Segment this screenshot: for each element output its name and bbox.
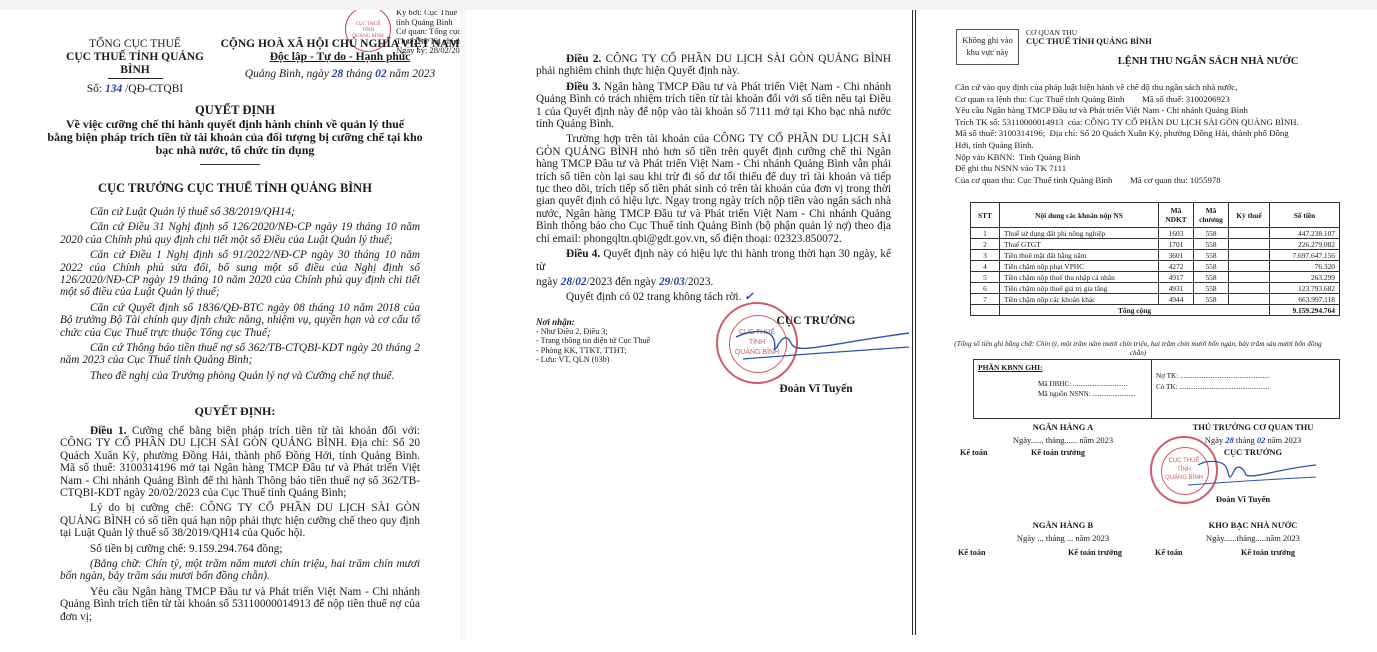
cell-amount: 663.997.118 xyxy=(1270,294,1340,305)
cell-period xyxy=(1229,272,1270,283)
article-2: Điều 2. CÔNG TY CỔ PHẦN DU LỊCH SÀI GÒN … xyxy=(536,53,891,78)
article-label: Điều 3. xyxy=(566,81,601,93)
stamp-text-line: TỈNH xyxy=(718,338,796,348)
cell-stt: 1 xyxy=(971,228,1000,239)
table-header-row: STT Nội dung các khoản nộp NS Mã NDKT Mã… xyxy=(971,203,1340,228)
stamp-text-line: QUẢNG BÌNH xyxy=(718,348,796,358)
divider xyxy=(108,78,163,79)
legal-basis: Căn cứ Thông báo tiền thuế nợ số 362/TB-… xyxy=(60,342,420,367)
table-total-row: Tổng cộng 9.159.294.764 xyxy=(971,305,1340,316)
country-name: CỘNG HOÀ XÃ HỘI CHỦ NGHĨA VIỆT NAM xyxy=(215,38,460,51)
document-page-3: Không ghi vào khu vực này CƠ QUAN THU CỤ… xyxy=(918,10,1377,640)
detail-line: Để ghi thu NSNN vào TK 7111 xyxy=(955,163,1355,175)
recipient: - Phòng KK, TTKT, TTHT; xyxy=(536,346,696,355)
treasury-heading: PHẦN KBNN GHI: xyxy=(978,363,1147,372)
enforcement-reason: Lý do bị cưỡng chế: CÔNG TY CỔ PHẦN DU L… xyxy=(60,502,420,539)
to-day-handwritten: 29 xyxy=(659,276,670,288)
cell-stt: 7 xyxy=(971,294,1000,305)
date-prefix: ngày xyxy=(536,276,558,288)
table-row: 1Thuế sử dụng đất phi nông nghiệp1603558… xyxy=(971,228,1340,239)
no-write-line: khu vực này xyxy=(957,46,1018,58)
cell-chapter: 558 xyxy=(1194,261,1229,272)
cell-amount: 7.697.647.156 xyxy=(1270,250,1340,261)
cell-period xyxy=(1229,283,1270,294)
decision-title: QUYẾT ĐỊNH xyxy=(40,104,430,117)
recipients-block: Nơi nhận: - Như Điều 2, Điều 3; - Trang … xyxy=(536,318,696,364)
legal-basis: Căn cứ Quyết định số 1836/QĐ-BTC ngày 08… xyxy=(60,302,420,339)
col-period: Kỳ thuế xyxy=(1229,203,1270,228)
signer-name: Đoàn Vĩ Tuyến xyxy=(756,383,876,395)
col-chapter: Mã chương xyxy=(1194,203,1229,228)
col-ndkt: Mã NDKT xyxy=(1159,203,1194,228)
document-page-1: CỤC THUẾ TỈNH QUẢNG BÌNH Ký bởi: Cục Thu… xyxy=(0,10,460,640)
table-row: 6Tiền chậm nộp thuế giá trị gia tăng4931… xyxy=(971,283,1340,294)
stamp-text-line: CỤC THUẾ xyxy=(718,328,796,338)
detail-line: Của cơ quan thu: Cục Thuế tỉnh Quảng Bìn… xyxy=(955,175,1355,187)
bank-b-block: NGÂN HÀNG B Ngày ... tháng ... năm 2023 xyxy=(978,520,1148,543)
recipient: - Trang thông tin điện tử Cục Thuế xyxy=(536,336,696,345)
detail-line: Mã số thuế: 3100314196; Địa chỉ: Số 20 Q… xyxy=(955,128,1355,140)
bank-request: Yêu cầu Ngân hàng TMCP Đầu tư và Phát tr… xyxy=(60,586,420,623)
agency-name: CỤC THUẾ TỈNH QUẢNG BÌNH xyxy=(1026,36,1152,46)
cell-period xyxy=(1229,261,1270,272)
total-in-words: (Tổng số tiền ghi bằng chữ: Chín tỷ, một… xyxy=(948,340,1328,358)
stamp-text-line: TỈNH xyxy=(1152,466,1216,475)
cell-chapter: 558 xyxy=(1194,250,1229,261)
national-motto: Độc lập - Tự do - Hạnh phúc xyxy=(215,51,460,64)
article-1: Điều 1. Cưỡng chế bằng biện pháp trích t… xyxy=(60,425,420,626)
cell-period xyxy=(1229,294,1270,305)
col-amount: Số tiền xyxy=(1270,203,1340,228)
article-4-dates: ngày 28/02/2023 đến ngày 29/03/2023. xyxy=(536,276,891,288)
head-agency-title: THỦ TRƯỞNG CƠ QUAN THU xyxy=(1158,422,1348,432)
issuing-agency-header: TỔNG CỤC THUẾ CỤC THUẾ TỈNH QUẢNG BÌNH S… xyxy=(50,38,220,96)
treasury-accounts: Nợ TK: .................................… xyxy=(1152,360,1339,418)
article-1-text: Điều 1. Cưỡng chế bằng biện pháp trích t… xyxy=(60,425,420,499)
doc-number-label: Số: xyxy=(87,83,102,95)
treasury-account: Nợ TK: .................................… xyxy=(1156,372,1335,380)
table-row: 7Tiền chậm nộp các khoản khác4944558663.… xyxy=(971,294,1340,305)
cell-content: Tiền chậm nộp các khoản khác xyxy=(1000,294,1159,305)
table-row: 3Tiền thuê mặt đất hằng năm36015587.697.… xyxy=(971,250,1340,261)
cell-chapter: 558 xyxy=(1194,283,1229,294)
signer-name: Đoàn Vĩ Tuyến xyxy=(1188,494,1298,504)
cell-amount: 447.238.107 xyxy=(1270,228,1340,239)
date-suffix: năm 2023 xyxy=(1268,435,1302,445)
cell-ndkt: 4272 xyxy=(1159,261,1194,272)
enforcement-amount: Số tiền bị cưỡng chế: 9.159.294.764 đồng… xyxy=(60,543,420,555)
legal-basis: Căn cứ Điều 31 Nghị định số 126/2020/NĐ-… xyxy=(60,221,420,246)
cell-stt: 5 xyxy=(971,272,1000,283)
bank-b-accountant: Kế toán xyxy=(958,548,986,557)
date-mid: tháng xyxy=(1236,435,1255,445)
cell-period xyxy=(1229,250,1270,261)
treasury-title: KHO BẠC NHÀ NƯỚC xyxy=(1158,520,1348,530)
decision-subtitle: Về việc cưỡng chế thi hành quyết định hà… xyxy=(40,118,430,157)
cell-ndkt: 3601 xyxy=(1159,250,1194,261)
detail-line: Cơ quan ra lệnh thu: Cục Thuế tỉnh Quảng… xyxy=(955,94,1355,106)
cell-content: Thuế GTGT xyxy=(1000,239,1159,250)
from-day-handwritten: 28 xyxy=(561,276,572,288)
legal-bases: Căn cứ Luật Quản lý thuế số 38/2019/QH14… xyxy=(60,206,420,385)
col-content: Nội dung các khoản nộp NS xyxy=(1000,203,1159,228)
page-separator xyxy=(912,10,913,635)
cell-chapter: 558 xyxy=(1194,228,1229,239)
cell-amount: 263.299 xyxy=(1270,272,1340,283)
no-write-line: Không ghi vào xyxy=(957,34,1018,46)
to-year: /2023. xyxy=(685,276,714,288)
cell-stt: 4 xyxy=(971,261,1000,272)
cell-amount: 76.320 xyxy=(1270,261,1340,272)
collection-order-title: LỆNH THU NGÂN SÁCH NHÀ NƯỚC xyxy=(1068,56,1348,67)
from-year: /2023 đến ngày xyxy=(587,276,657,288)
article-label: Điều 1. xyxy=(90,425,127,437)
bank-b-chief-accountant: Kế toán trưởng xyxy=(1068,548,1122,557)
amount-in-words: (Bằng chữ: Chín tỷ, một trăm năm mươi ch… xyxy=(60,558,420,583)
collection-order-details: Căn cứ vào quy định của pháp luật hiện h… xyxy=(955,82,1355,186)
cell-content: Thuế sử dụng đất phi nông nghiệp xyxy=(1000,228,1159,239)
bank-a-accountant: Kế toán xyxy=(960,448,988,457)
cell-content: Tiền chậm nộp phạt VPHC xyxy=(1000,261,1159,272)
subtitle-line: bạc nhà nước, tổ chức tín dụng xyxy=(40,144,430,157)
treasury-block: KHO BẠC NHÀ NƯỚC Ngày......tháng.....năm… xyxy=(1158,520,1348,543)
pages-note: Quyết định có 02 trang không tách rời. ✓ xyxy=(536,291,891,303)
total-label: Tổng cộng xyxy=(1000,305,1270,316)
recipient: - Lưu: VT, QLN (03b) xyxy=(536,355,696,364)
cell-period xyxy=(1229,228,1270,239)
treasury-account: Có TK: .................................… xyxy=(1156,383,1335,391)
doc-number: Số: 134 /QĐ-CTQBI xyxy=(50,83,220,96)
stamp-text: CỤC THUẾ TỈNH QUẢNG BÌNH xyxy=(1152,457,1216,483)
cell-stt: 2 xyxy=(971,239,1000,250)
bank-a-chief-accountant: Kế toán trưởng xyxy=(1031,448,1085,457)
date-day-handwritten: 28 xyxy=(1225,435,1234,445)
cell-content: Tiền chậm nộp thuế giá trị gia tăng xyxy=(1000,283,1159,294)
budget-items-table: STT Nội dung các khoản nộp NS Mã NDKT Mã… xyxy=(970,202,1340,316)
recipients-label: Nơi nhận: xyxy=(536,318,696,327)
authority-heading: CỤC TRƯỞNG CỤC THUẾ TỈNH QUẢNG BÌNH xyxy=(40,182,430,195)
national-header: CỘNG HOÀ XÃ HỘI CHỦ NGHĨA VIỆT NAM Độc l… xyxy=(215,38,460,81)
treasury-date: Ngày......tháng.....năm 2023 xyxy=(1158,533,1348,543)
cell-ndkt: 1701 xyxy=(1159,239,1194,250)
date-prefix: Quảng Bình, ngày xyxy=(245,68,329,80)
to-month-handwritten: 03 xyxy=(673,276,684,288)
cell-ndkt: 1603 xyxy=(1159,228,1194,239)
date-day-handwritten: 28 xyxy=(332,68,344,80)
divider xyxy=(200,164,260,165)
treasury-field: Mã nguồn NSNN: ........................ xyxy=(1038,390,1147,398)
cell-amount: 226.279.082 xyxy=(1270,239,1340,250)
date-mid: tháng xyxy=(346,68,372,80)
stamp-text-line: QUẢNG BÌNH xyxy=(1152,474,1216,483)
col-stt: STT xyxy=(971,203,1000,228)
article-label: Điều 2. xyxy=(566,53,601,65)
treasury-section: PHẦN KBNN GHI: Mã ĐBHC: ................… xyxy=(973,359,1340,419)
date-prefix: Ngày xyxy=(1205,435,1223,445)
cell-content: Tiền chậm nộp thuế thu nhập cá nhân xyxy=(1000,272,1159,283)
pages-note-text: Quyết định có 02 trang không tách rời. xyxy=(566,291,741,303)
cell-stt: 6 xyxy=(971,283,1000,294)
bank-a-block: NGÂN HÀNG A Ngày...... tháng...... năm 2… xyxy=(978,422,1148,445)
stamp-text: CỤC THUẾ TỈNH QUẢNG BÌNH xyxy=(718,328,796,358)
treasury-field: Mã ĐBHC: .............................. xyxy=(1038,380,1147,388)
cell-amount: 123.793.682 xyxy=(1270,283,1340,294)
cell-period xyxy=(1229,239,1270,250)
doc-number-suffix: /QĐ-CTQBI xyxy=(125,83,183,95)
articles-2-4: Điều 2. CÔNG TY CỔ PHẦN DU LỊCH SÀI GÒN … xyxy=(536,53,891,307)
parent-org: TỔNG CỤC THUẾ xyxy=(50,38,220,51)
decision-heading: QUYẾT ĐỊNH: xyxy=(40,405,430,418)
recipient: - Như Điều 2, Điều 3; xyxy=(536,327,696,336)
cell-chapter: 558 xyxy=(1194,239,1229,250)
cell-stt: 3 xyxy=(971,250,1000,261)
table-row: 2Thuế GTGT1701558226.279.082 xyxy=(971,239,1340,250)
detail-line: Trích TK số: 53110000014913 của: CÔNG TY… xyxy=(955,117,1355,129)
cell-content: Tiền thuê mặt đất hằng năm xyxy=(1000,250,1159,261)
insufficient-balance-clause: Trường hợp trên tài khoản của CÔNG TY CỔ… xyxy=(536,133,891,245)
signer-title: CỤC TRƯỞNG xyxy=(1198,447,1308,457)
article-label: Điều 4. xyxy=(566,248,600,260)
cell-chapter: 558 xyxy=(1194,272,1229,283)
bank-b-title: NGÂN HÀNG B xyxy=(978,520,1148,530)
article-body: Cưỡng chế bằng biện pháp trích tiền từ t… xyxy=(60,425,420,499)
document-page-2: Điều 2. CÔNG TY CỔ PHẦN DU LỊCH SÀI GÒN … xyxy=(466,10,912,640)
detail-line: Nộp vào KBNN: Tỉnh Quảng Bình xyxy=(955,152,1355,164)
collecting-agency: CƠ QUAN THU CỤC THUẾ TỈNH QUẢNG BÌNH xyxy=(1026,28,1152,46)
page-separator xyxy=(915,10,916,635)
treasury-chief-accountant: Kế toán trưởng xyxy=(1241,548,1295,557)
date-suffix: năm 2023 xyxy=(390,68,436,80)
signer-title: CỤC TRƯỞNG xyxy=(756,315,876,327)
cell-chapter: 558 xyxy=(1194,294,1229,305)
legal-basis: Căn cứ Điều 1 Nghị định số 91/2022/NĐ-CP… xyxy=(60,249,420,299)
viewer-top-band xyxy=(0,0,1377,10)
bank-a-title: NGÂN HÀNG A xyxy=(978,422,1148,432)
issue-date: Quảng Bình, ngày 28 tháng 02 năm 2023 xyxy=(215,68,460,81)
date-month-handwritten: 02 xyxy=(375,68,387,80)
from-month-handwritten: 02 xyxy=(575,276,586,288)
treasury-accountant: Kế toán xyxy=(1155,548,1183,557)
date-month-handwritten: 02 xyxy=(1257,435,1266,445)
cell-ndkt: 4944 xyxy=(1159,294,1194,305)
article-4: Điều 4. Quyết định này có hiệu lực thi h… xyxy=(536,248,891,273)
doc-number-handwritten: 134 xyxy=(105,83,122,95)
article-3: Điều 3. Ngân hàng TMCP Đầu tư và Phát tr… xyxy=(536,81,891,131)
bank-b-date: Ngày ... tháng ... năm 2023 xyxy=(978,533,1148,543)
total-value: 9.159.294.764 xyxy=(1270,305,1340,316)
legal-basis: Căn cứ Luật Quản lý thuế số 38/2019/QH14… xyxy=(60,206,420,218)
no-write-box: Không ghi vào khu vực này xyxy=(956,29,1019,65)
table-row: 5Tiền chậm nộp thuế thu nhập cá nhân4917… xyxy=(971,272,1340,283)
org-name: CỤC THUẾ TỈNH QUẢNG BÌNH xyxy=(50,51,220,77)
detail-line: Yêu cầu Ngân hàng TMCP Đầu tư và Phát tr… xyxy=(955,105,1355,117)
bank-a-date: Ngày...... tháng...... năm 2023 xyxy=(978,435,1148,445)
detail-line: Hới, tỉnh Quảng Bình. xyxy=(955,140,1355,152)
stamp-text-line: CỤC THUẾ xyxy=(1152,457,1216,466)
legal-basis: Theo đề nghị của Trưởng phòng Quản lý nợ… xyxy=(60,370,420,382)
detail-line: Căn cứ vào quy định của pháp luật hiện h… xyxy=(955,82,1355,94)
cell-ndkt: 4917 xyxy=(1159,272,1194,283)
table-row: 4Tiền chậm nộp phạt VPHC427255876.320 xyxy=(971,261,1340,272)
treasury-codes: PHẦN KBNN GHI: Mã ĐBHC: ................… xyxy=(974,360,1152,418)
cell-ndkt: 4931 xyxy=(1159,283,1194,294)
